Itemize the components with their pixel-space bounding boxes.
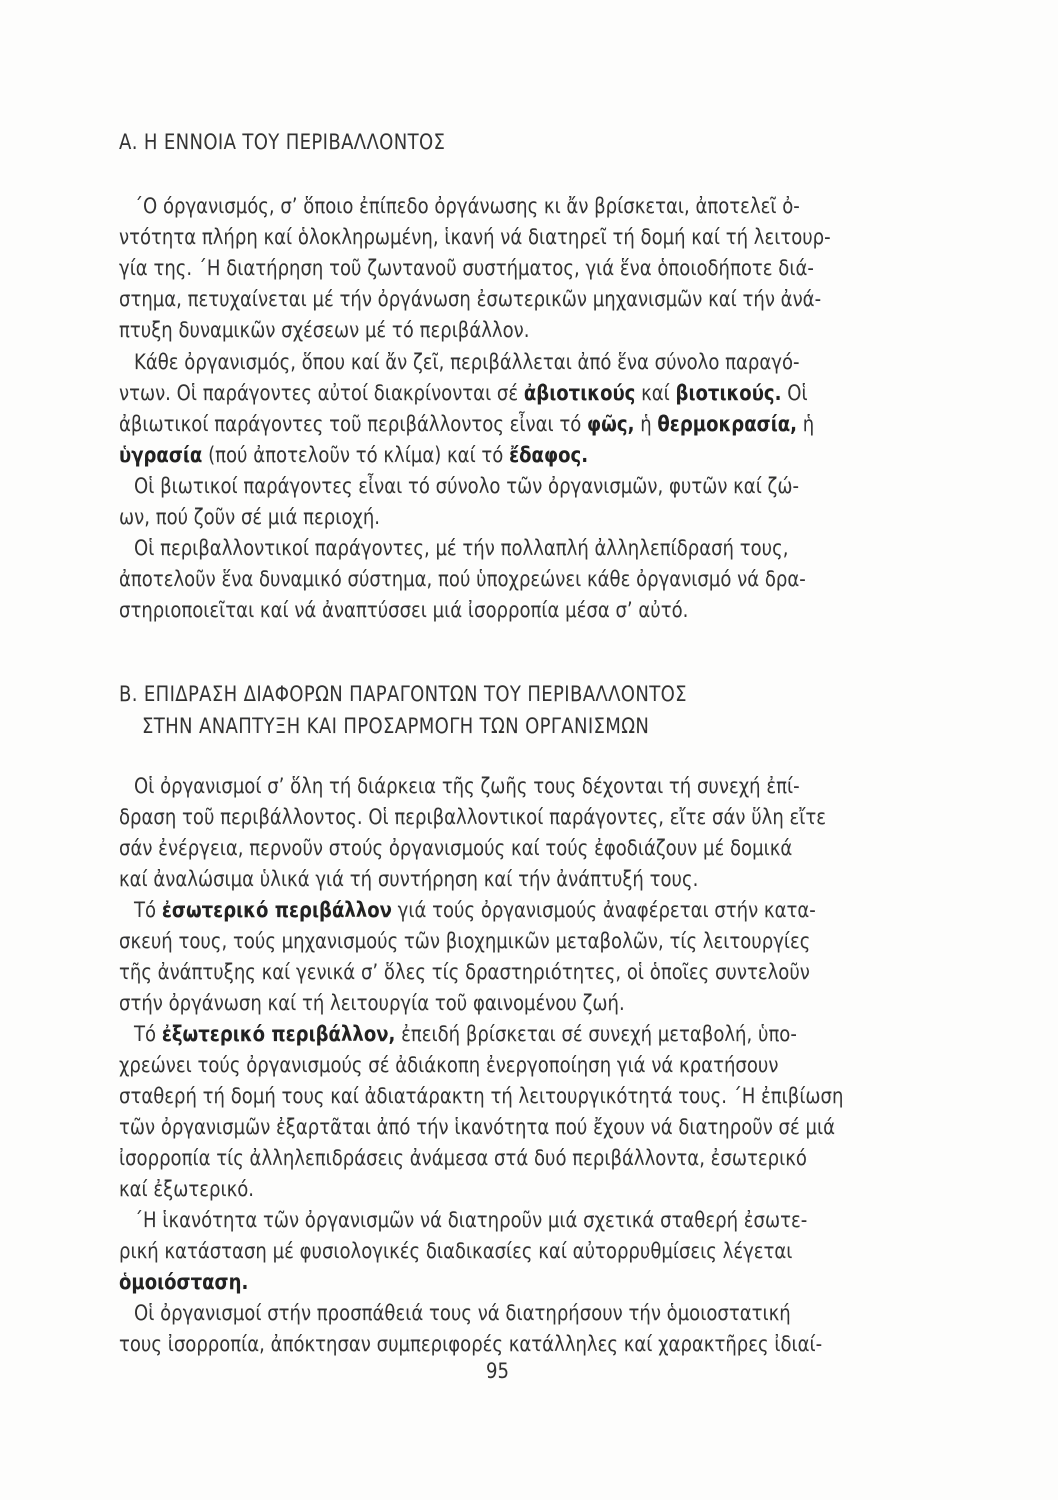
text-line: ων, πού ζοῦν σέ μιά περιοχή. (119, 503, 380, 531)
text-run: ἐπειδή βρίσκεται σέ συνεχή μεταβολή, ὑπο… (395, 1022, 796, 1046)
text-line: δραση τοῦ περιβάλλοντος. Οἱ περιβαλλοντι… (119, 803, 826, 831)
term-internal-environment: ἐσωτερικό περιβάλλον (162, 898, 392, 922)
text-run: Οἱ (781, 381, 807, 405)
term-humidity: ὑγρασία (119, 443, 202, 467)
text-line: σάν ἐνέργεια, περνοῦν στούς ὀργανισμούς … (119, 834, 792, 862)
text-line: στήν ὀργάνωση καί τή λειτουργία τοῦ φαιν… (119, 989, 625, 1017)
text-run: ἡ (797, 412, 814, 436)
text-run: ντων. Οἱ παράγοντες αὐτοί διακρίνονται σ… (119, 381, 524, 405)
text-line: Οἱ περιβαλλοντικοί παράγοντες, μέ τήν πο… (134, 534, 788, 562)
term-external-environment: ἐξωτερικό περιβάλλον, (162, 1022, 396, 1046)
text-line: ντότητα πλήρη καί ὁλοκληρωμένη, ἱκανή νά… (119, 223, 831, 251)
text-line: σκευή τους, τούς μηχανισμούς τῶν βιοχημι… (119, 927, 810, 955)
text-line: καί ἐξωτερικό. (119, 1175, 254, 1203)
text-line: χρεώνει τούς ὀργανισμούς σέ ἀδιάκοπη ἐνε… (119, 1051, 778, 1079)
text-line: Τό ἐξωτερικό περιβάλλον, ἐπειδή βρίσκετα… (134, 1020, 797, 1048)
text-line: στηριοποιεῖται καί νά ἀναπτύσσει μιά ἰσο… (119, 596, 688, 624)
text-line: τους ἰσορροπία, ἀπόκτησαν συμπεριφορές κ… (119, 1330, 822, 1358)
text-line: Οἱ βιωτικοί παράγοντες εἶναι τό σύνολο τ… (134, 472, 799, 500)
page-number: 95 (486, 1359, 509, 1383)
text-line: Κάθε ὀργανισμός, ὅπου καί ἄν ζεῖ, περιβά… (134, 348, 800, 376)
term-abiotic: ἀβιοτικούς (524, 381, 635, 405)
term-homeostasis: ὁμοιόσταση. (119, 1270, 248, 1294)
text-run: (πού ἀποτελοῦν τό κλίμα) καί τό (202, 443, 509, 467)
term-light: φῶς, (587, 412, 634, 436)
text-line: ντων. Οἱ παράγοντες αὐτοί διακρίνονται σ… (119, 379, 808, 407)
term-temperature: θερμοκρασία, (657, 412, 797, 436)
text-line: τῆς ἀνάπτυξης καί γενικά σ’ ὅλες τίς δρα… (119, 958, 810, 986)
text-line: ἀποτελοῦν ἕνα δυναμικό σύστημα, πού ὑποχ… (119, 565, 806, 593)
text-line: γία της. ΄Η διατήρηση τοῦ ζωντανοῦ συστή… (119, 254, 814, 282)
text-run: ἡ (634, 412, 657, 436)
section-a-heading: Α. Η ΕΝΝΟΙΑ ΤΟΥ ΠΕΡΙΒΑΛΛΟΝΤΟΣ (119, 130, 445, 154)
text-run: καί (635, 381, 675, 405)
section-b-heading-line1: Β. ΕΠΙΔΡΑΣΗ ΔΙΑΦΟΡΩΝ ΠΑΡΑΓΟΝΤΩΝ ΤΟΥ ΠΕΡΙ… (119, 682, 687, 706)
text-run: ἀβιωτικοί παράγοντες τοῦ περιβάλλοντος ε… (119, 412, 587, 436)
text-line: στημα, πετυχαίνεται μέ τήν ὀργάνωση ἐσωτ… (119, 285, 821, 313)
text-line: ρική κατάσταση μέ φυσιολογικές διαδικασί… (119, 1237, 792, 1265)
text-line: ὑγρασία (πού ἀποτελοῦν τό κλίμα) καί τό … (119, 441, 588, 469)
text-line: ἀβιωτικοί παράγοντες τοῦ περιβάλλοντος ε… (119, 410, 814, 438)
text-line: ἰσορροπία τίς ἀλληλεπιδράσεις ἀνάμεσα στ… (119, 1144, 807, 1172)
text-line: ΄Ο όργανισμός, σ’ ὅποιο ἐπίπεδο ὀργάνωση… (134, 192, 800, 220)
text-run: Τό (134, 1022, 162, 1046)
text-line: καί ἀναλώσιμα ὑλικά γιά τή συντήρηση καί… (119, 865, 698, 893)
text-line: σταθερή τή δομή τους καί ἀδιατάρακτη τή … (119, 1082, 843, 1110)
text-line: πτυξη δυναμικῶν σχέσεων μέ τό περιβάλλον… (119, 316, 530, 344)
text-line: ὁμοιόσταση. (119, 1268, 248, 1296)
text-line: Τό ἐσωτερικό περιβάλλον γιά τούς ὀργανισ… (134, 896, 816, 924)
term-soil: ἔδαφος. (509, 443, 588, 467)
section-b-heading-line2: ΣΤΗΝ ΑΝΑΠΤΥΞΗ ΚΑΙ ΠΡΟΣΑΡΜΟΓΗ ΤΩΝ ΟΡΓΑΝΙΣ… (142, 714, 649, 738)
text-line: ΄Η ἱκανότητα τῶν ὀργανισμῶν νά διατηροῦν… (134, 1206, 807, 1234)
text-run: Τό (134, 898, 162, 922)
term-biotic: βιοτικούς. (676, 381, 782, 405)
text-line: Οἱ ὀργανισμοί σ’ ὅλη τή διάρκεια τῆς ζωῆ… (134, 772, 800, 800)
text-line: Οἱ ὀργανισμοί στήν προσπάθειά τους νά δι… (134, 1299, 791, 1327)
book-page: Α. Η ΕΝΝΟΙΑ ΤΟΥ ΠΕΡΙΒΑΛΛΟΝΤΟΣ ΄Ο όργανισ… (0, 0, 1058, 1500)
text-line: τῶν ὀργανισμῶν ἐξαρτᾶται ἀπό τήν ἱκανότη… (119, 1113, 835, 1141)
text-run: γιά τούς ὀργανισμούς ἀναφέρεται στήν κατ… (392, 898, 816, 922)
